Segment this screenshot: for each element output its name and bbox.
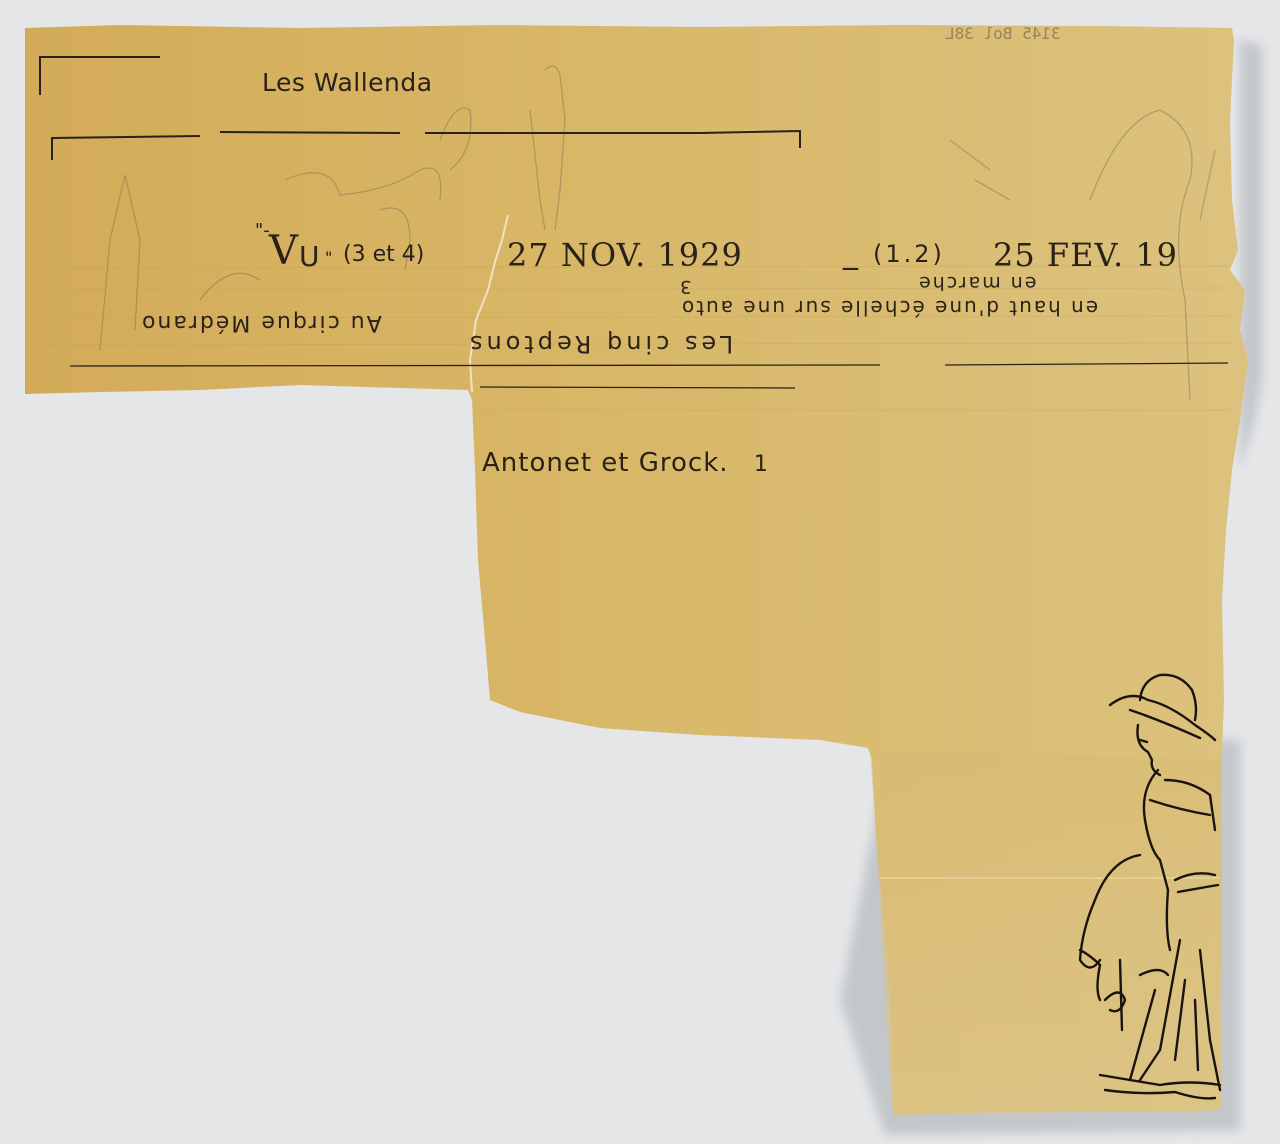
figure-sketch-icon [0, 0, 1280, 1144]
